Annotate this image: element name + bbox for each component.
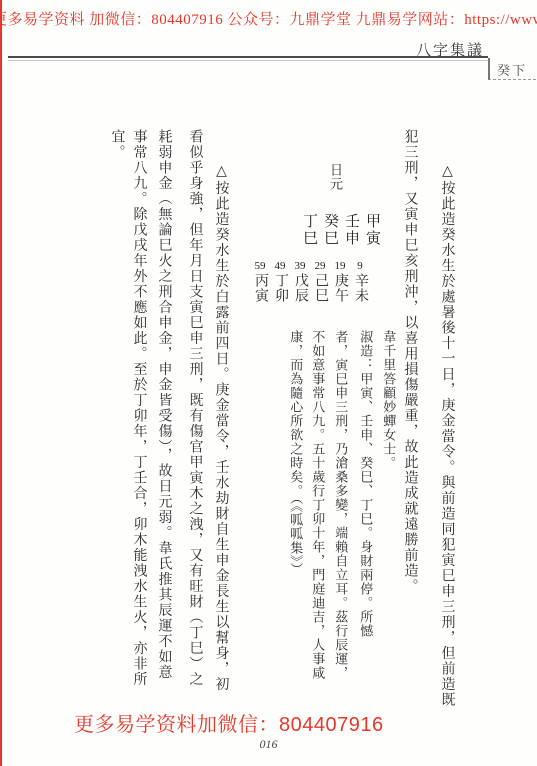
luck-pillar: 辛未	[350, 273, 370, 303]
comment-column-1: △按此造癸水生於白露前四日。庚金當令，壬水劫財自生申金長生以幫身，初	[212, 163, 230, 708]
pillar-column: 甲寅	[367, 213, 383, 247]
promo-footer-text: 更多易学资料加微信：804407916	[74, 708, 384, 737]
luck-cycle-item: 19 庚午	[332, 260, 348, 303]
citation-column-1: 韋千里答顧妙蟬女士。	[380, 330, 396, 700]
luck-cycle-item: 59 丙寅	[252, 260, 268, 303]
citation-column-5: 康，而為隨心所欲之時矣。（《呱呱集》）	[287, 330, 303, 700]
luck-pillar: 丁卯	[270, 273, 290, 303]
luck-age: 59	[255, 260, 266, 272]
luck-pillar: 己巳	[310, 273, 330, 303]
luck-cycle-item: 49 丁卯	[272, 260, 288, 303]
scan-edge-red-strip	[0, 0, 2, 766]
luck-age: 49	[275, 260, 286, 272]
promo-header-text: 更多易学资料 加微信：804407916 公众号：九鼎学堂 九鼎易学网站：htt…	[0, 8, 537, 29]
title-rule	[8, 56, 488, 61]
scanned-book-page: 更多易学资料 加微信：804407916 公众号：九鼎学堂 九鼎易学网站：htt…	[0, 0, 537, 766]
luck-cycle-item: 9 辛未	[352, 260, 368, 303]
luck-cycles-row: 9 辛未 19 庚午 29 己巳 39 戊辰 49 丁卯 59 丙寅	[252, 260, 368, 303]
prev-comment-column-2: 犯三刑，又寅申巳亥刑沖，以喜用損傷嚴重，故此造成就遠勝前造。	[401, 129, 419, 709]
luck-age: 19	[335, 260, 346, 272]
comment-column-4: 事常八九。除戊戌年外不應如此。至於丁卯年，丁壬合，卯木能洩水生火，亦非所	[130, 129, 148, 709]
luck-age: 9	[357, 260, 363, 272]
comment-column-5: 宜。	[108, 129, 126, 709]
pillar-column: 丁巳	[304, 213, 320, 247]
pillar-column: 癸巳	[325, 213, 341, 247]
prev-comment-column-1: △按此造癸水生於處暑後十一日，庚金當令。與前造同犯寅巳申三刑，但前造既	[438, 163, 456, 708]
luck-pillar: 丙寅	[250, 273, 270, 303]
section-tab: 癸下	[488, 58, 536, 80]
luck-age: 29	[315, 260, 326, 272]
citation-column-3: 者，寅巳申三刑，乃滄桑多變，端賴自立耳。茲行辰運，	[332, 330, 348, 700]
luck-pillar: 庚午	[330, 273, 350, 303]
four-pillars-row: 甲寅 壬申 癸巳 丁巳	[304, 213, 383, 247]
page-number: 016	[0, 737, 537, 752]
luck-pillar: 戊辰	[290, 273, 310, 303]
citation-column-4: 不如意事常八九。五十歲行丁卯十年，門庭迪吉，人事咸	[309, 330, 325, 700]
comment-column-3: 耗弱申金（無論巳火之刑合申金，申金皆受傷），故日元弱。韋氏推其辰運不如意	[155, 129, 173, 709]
day-master-label: 日元	[326, 163, 345, 191]
luck-age: 39	[295, 260, 306, 272]
pillar-column: 壬申	[346, 213, 362, 247]
luck-cycle-item: 39 戊辰	[292, 260, 308, 303]
luck-cycle-item: 29 己巳	[312, 260, 328, 303]
citation-column-2: 淑造：甲寅、壬申、癸巳、丁巳。身財兩停。所憾	[357, 330, 373, 700]
comment-column-2: 看似乎身強，但年月日支寅巳申三刑，既有傷官甲寅木之洩，又有旺財（丁巳）之	[186, 129, 204, 709]
